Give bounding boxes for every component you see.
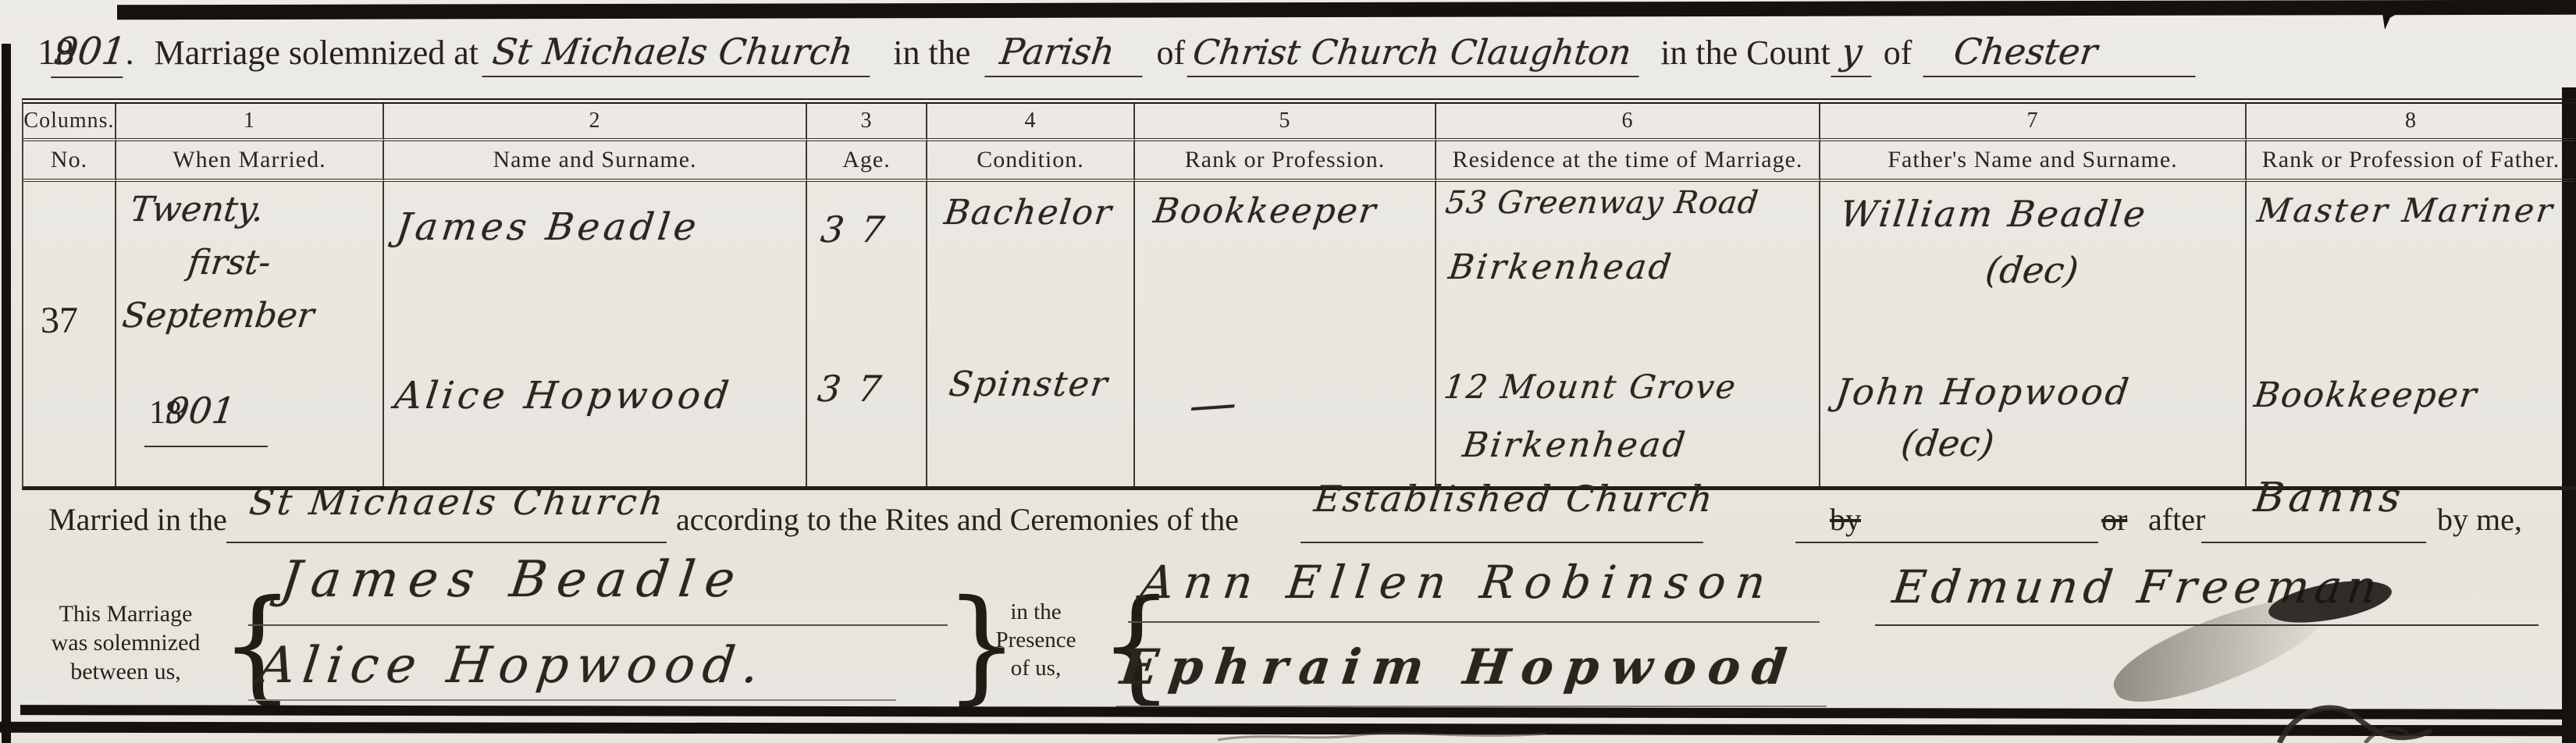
cell-father-professions: Master Mariner Bookkeeper (2247, 182, 2575, 486)
column-header-father-name: Father's Name and Surname. (1820, 141, 2247, 182)
church-name-entry: St Michaels Church (482, 30, 876, 77)
cell-when-married: Twenty. first- September 18 901 (116, 182, 384, 486)
record-row: 37 Twenty. first- September 18 901 James… (23, 182, 2575, 486)
column-number-8: 8 (2247, 104, 2575, 141)
bride-condition: Spinster (947, 364, 1111, 404)
column-header-row: No. When Married. Name and Surname. Age.… (23, 141, 2575, 182)
cell-conditions: Bachelor Spinster (927, 182, 1135, 486)
column-number-2: 2 (384, 104, 807, 141)
next-entry-ink-marks (2248, 687, 2482, 743)
groom-profession: Bookkeeper (1151, 191, 1379, 231)
when-married-line2: first- (186, 243, 273, 283)
cell-father-names: William Beadle (dec) John Hopwood (dec) (1820, 182, 2247, 486)
this-marriage-label: This Marriage was solemnized between us, (28, 599, 223, 686)
groom-name: James Beadle (394, 205, 703, 249)
footer-church-entry: St Michaels Church (247, 481, 669, 523)
column-header-condition: Condition. (927, 141, 1135, 182)
or-struck-text: or (2101, 501, 2127, 538)
groom-condition: Bachelor (942, 193, 1115, 233)
bride-signature: Alice Hopwood. (255, 637, 770, 695)
groom-age: 37 (819, 208, 904, 251)
groom-father-profession: Master Mariner (2255, 191, 2556, 229)
groom-signature: James Beadle (277, 551, 748, 609)
this-marriage-line3: between us, (28, 657, 223, 686)
according-rites-text: according to the Rites and Ceremonies of… (676, 501, 1239, 538)
title-solemnized-text: Marriage solemnized at (155, 33, 479, 73)
title-in-the: in the (893, 33, 970, 73)
groom-father-note: (dec) (1984, 249, 2081, 291)
column-number-3: 3 (807, 104, 927, 141)
column-header-rank-profession: Rank or Profession. (1135, 141, 1436, 182)
bride-residence-line1: 12 Mount Grove (1442, 368, 1739, 406)
groom-residence-line1: 53 Greenway Road (1443, 185, 1760, 221)
scan-top-edge (117, 0, 2576, 20)
bride-name: Alice Hopwood (393, 374, 735, 418)
column-header-when-married: When Married. (116, 141, 384, 182)
column-number-row: Columns. 1 2 3 4 5 6 7 8 (23, 104, 2575, 141)
column-number-5: 5 (1135, 104, 1436, 141)
witness1-signature: Ann Ellen Robinson (1138, 556, 1779, 609)
column-number-7: 7 (1820, 104, 2247, 141)
ruled-line (1300, 542, 1703, 543)
cell-residences: 53 Greenway Road Birkenhead 12 Mount Gro… (1436, 182, 1820, 486)
ruled-line (1128, 621, 1820, 623)
bride-father-name: John Hopwood (1834, 371, 2133, 413)
record-number: 37 (41, 299, 78, 342)
bride-profession-dash: — (1188, 375, 1240, 433)
title-in-the-count: in the Count (1660, 33, 1831, 73)
title-of-1: of (1157, 33, 1186, 73)
ruled-line (1795, 542, 2098, 543)
column-header-father-rank: Rank or Profession of Father. (2247, 141, 2575, 182)
presence-label: in the Presence of us, (977, 598, 1094, 682)
cell-names: James Beadle Alice Hopwood (384, 182, 807, 486)
next-entry-ink-marks (1218, 731, 1546, 743)
cell-record-number: 37 (23, 182, 116, 486)
column-header-name-surname: Name and Surname. (384, 141, 807, 182)
this-marriage-line2: was solemnized (28, 628, 223, 657)
scan-left-edge (2, 44, 11, 743)
title-of-2: of (1884, 33, 1912, 73)
bride-father-profession: Bookkeeper (2252, 375, 2480, 415)
ruled-line (248, 624, 948, 626)
bride-residence-line2: Birkenhead (1461, 425, 1690, 465)
rites-entry: Established Church (1312, 478, 1717, 520)
cell-professions: Bookkeeper — (1135, 182, 1436, 486)
no-corner-label: No. (23, 141, 116, 182)
bride-father-note: (dec) (1899, 422, 1997, 464)
district-entry: Parish (985, 30, 1149, 77)
columns-corner-label: Columns. (23, 104, 116, 141)
when-married-year-script: 901 (164, 389, 237, 432)
county-y-entry: y (1831, 30, 1877, 77)
county-entry: Chester (1923, 30, 2202, 77)
title-line: 18 901 . Marriage solemnized at St Micha… (37, 30, 2559, 78)
presence-line1: in the (977, 598, 1094, 626)
ruled-line (2201, 542, 2426, 543)
cell-ages: 37 37 (807, 182, 927, 486)
marriage-register-scan: 18 901 . Marriage solemnized at St Micha… (0, 0, 2576, 743)
by-struck-text: by (1830, 501, 1861, 538)
groom-residence-line2: Birkenhead (1446, 247, 1676, 287)
by-me-text: by me, (2437, 501, 2522, 538)
column-number-4: 4 (927, 104, 1135, 141)
witness2-signature: Ephraim Hopwood (1118, 638, 1802, 695)
presence-line2: Presence (977, 626, 1094, 654)
married-in-the-text: Married in the (48, 501, 227, 538)
column-header-residence: Residence at the time of Marriage. (1436, 141, 1820, 182)
column-number-6: 6 (1436, 104, 1820, 141)
scan-bottom-bar-1 (20, 705, 2576, 720)
ruled-line (226, 542, 667, 543)
after-text: after (2148, 501, 2205, 538)
column-number-1: 1 (116, 104, 384, 141)
bride-age: 37 (816, 368, 901, 410)
ruled-line (144, 446, 268, 447)
year-handwritten: 901 (51, 30, 128, 78)
presence-line3: of us, (977, 654, 1094, 682)
register-table: Columns. 1 2 3 4 5 6 7 8 No. When Marrie… (22, 98, 2575, 490)
when-married-line3: September (120, 296, 316, 336)
this-marriage-line1: This Marriage (28, 599, 223, 628)
banns-entry: Banns (2251, 475, 2407, 521)
ruled-line (248, 699, 896, 701)
when-married-line1: Twenty. (128, 190, 266, 229)
column-header-age: Age. (807, 141, 927, 182)
groom-father-name: William Beadle (1838, 193, 2150, 235)
parish-name-entry: Christ Church Claughton (1187, 33, 1645, 77)
